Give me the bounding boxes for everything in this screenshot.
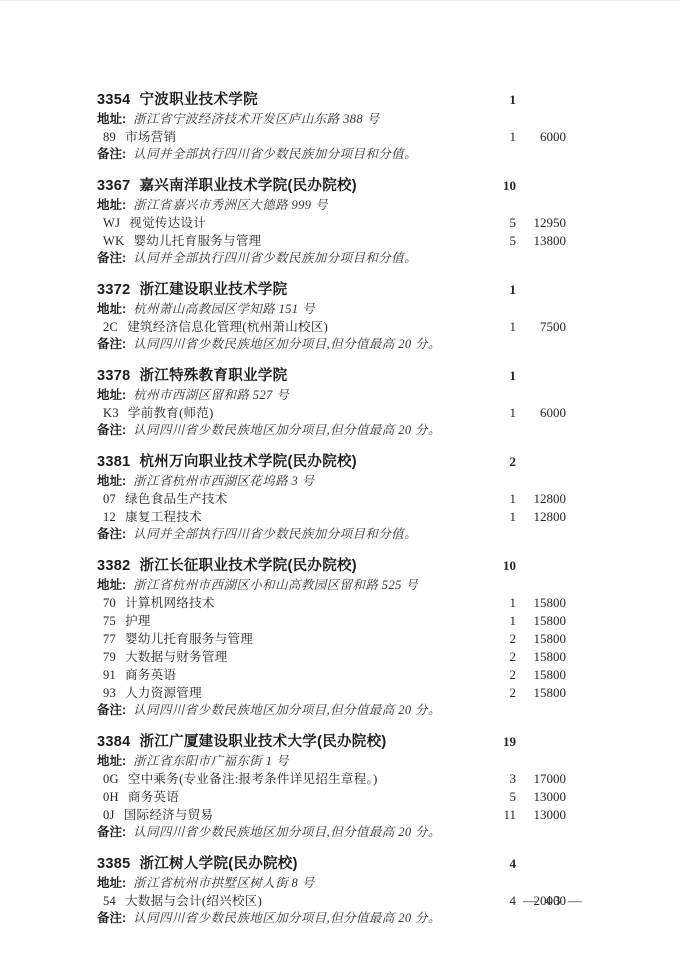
college-block: 3372浙江建设职业技术学院 1 地址:杭州萧山高教园区学知路 151 号 2C…: [97, 280, 566, 353]
major-count: 5: [470, 214, 516, 231]
address-row: 地址:杭州萧山高教园区学知路 151 号: [97, 301, 566, 318]
major-row: 0H商务英语 5 13000: [97, 788, 566, 806]
college-address: 浙江省嘉兴市秀洲区大德路 999 号: [133, 198, 328, 212]
major-code: WJ: [103, 216, 120, 230]
college-header-row: 3385浙江树人学院(民办院校) 4: [97, 854, 566, 874]
college-address: 浙江省杭州市西湖区花坞路 3 号: [133, 474, 314, 488]
major-fee: 15800: [516, 630, 566, 647]
major-row: 07绿色食品生产技术 1 12800: [97, 490, 566, 508]
address-label: 地址:: [97, 876, 126, 890]
major-count: 5: [470, 232, 516, 249]
college-remark: 认同四川省少数民族地区加分项目,但分值最高 20 分。: [133, 423, 441, 437]
major-code: 54: [103, 894, 116, 908]
major-row: 0J国际经济与贸易 11 13000: [97, 806, 566, 824]
major-title: 0H商务英语: [103, 789, 470, 806]
major-title: 0G空中乘务(专业备注:报考条件详见招生章程。): [103, 771, 470, 788]
major-name: 婴幼儿托育服务与管理: [133, 234, 261, 248]
remark-label: 备注:: [97, 147, 126, 161]
college-header-row: 3384浙江广厦建设职业技术大学(民办院校) 19: [97, 732, 566, 752]
college-total-count: 10: [470, 556, 516, 575]
major-code: 2C: [103, 320, 118, 334]
college-code: 3381: [97, 454, 130, 470]
address-label: 地址:: [97, 112, 126, 126]
major-code: 77: [103, 632, 116, 646]
major-code: 12: [103, 510, 116, 524]
college-name: 浙江长征职业技术学院(民办院校): [139, 558, 356, 574]
college-code: 3378: [97, 368, 130, 384]
major-count: 1: [470, 490, 516, 507]
remark-label: 备注:: [97, 337, 126, 351]
major-title: 79大数据与财务管理: [103, 649, 470, 666]
college-remark: 认同四川省少数民族地区加分项目,但分值最高 20 分。: [133, 703, 441, 717]
remark-row: 备注:认同四川省少数民族地区加分项目,但分值最高 20 分。: [97, 336, 566, 353]
college-block: 3354宁波职业技术学院 1 地址:浙江省宁波经济技术开发区庐山东路 388 号…: [97, 90, 566, 163]
address-label: 地址:: [97, 474, 126, 488]
major-count: 4: [470, 892, 516, 909]
address-label: 地址:: [97, 578, 126, 592]
major-name: 大数据与会计(绍兴校区): [125, 894, 262, 908]
major-code: 91: [103, 668, 116, 682]
major-name: 大数据与财务管理: [125, 650, 227, 664]
college-remark: 认同并全部执行四川省少数民族加分项目和分值。: [133, 527, 417, 541]
major-title: 89市场营销: [103, 129, 470, 146]
college-block: 3385浙江树人学院(民办院校) 4 地址:浙江省杭州市拱墅区树人街 8 号 5…: [97, 854, 566, 927]
major-code: 75: [103, 614, 116, 628]
remark-row: 备注:认同并全部执行四川省少数民族加分项目和分值。: [97, 526, 566, 543]
major-row: 91商务英语 2 15800: [97, 666, 566, 684]
address-label: 地址:: [97, 198, 126, 212]
major-row: 79大数据与财务管理 2 15800: [97, 648, 566, 666]
remark-row: 备注:认同并全部执行四川省少数民族加分项目和分值。: [97, 250, 566, 267]
remark-row: 备注:认同四川省少数民族地区加分项目,但分值最高 20 分。: [97, 824, 566, 841]
major-fee: 13000: [516, 788, 566, 805]
college-total-count: 2: [470, 452, 516, 471]
major-title: 75护理: [103, 613, 470, 630]
major-title: 07绿色食品生产技术: [103, 491, 470, 508]
major-code: 07: [103, 492, 116, 506]
major-fee: 17000: [516, 770, 566, 787]
college-name: 浙江建设职业技术学院: [139, 282, 287, 298]
college-code: 3354: [97, 92, 130, 108]
remark-row: 备注:认同四川省少数民族地区加分项目,但分值最高 20 分。: [97, 702, 566, 719]
college-total-count: 1: [470, 90, 516, 109]
college-total-count: 1: [470, 280, 516, 299]
remark-label: 备注:: [97, 251, 126, 265]
major-list: 70计算机网络技术 1 15800 75护理 1 15800 77婴幼儿托育服务…: [97, 594, 566, 702]
major-list: 89市场营销 1 6000: [97, 128, 566, 146]
page-number: — 43 —: [523, 894, 584, 910]
remark-label: 备注:: [97, 825, 126, 839]
college-block: 3367嘉兴南洋职业技术学院(民办院校) 10 地址:浙江省嘉兴市秀洲区大德路 …: [97, 176, 566, 267]
major-row: 89市场营销 1 6000: [97, 128, 566, 146]
remark-row: 备注:认同并全部执行四川省少数民族加分项目和分值。: [97, 146, 566, 163]
major-name: 空中乘务(专业备注:报考条件详见招生章程。): [128, 772, 378, 786]
major-count: 11: [470, 806, 516, 823]
college-block: 3384浙江广厦建设职业技术大学(民办院校) 19 地址:浙江省东阳市广福东街 …: [97, 732, 566, 841]
major-fee: 15800: [516, 612, 566, 629]
college-header-row: 3354宁波职业技术学院 1: [97, 90, 566, 110]
major-row: 0G空中乘务(专业备注:报考条件详见招生章程。) 3 17000: [97, 770, 566, 788]
major-list: 2C建筑经济信息化管理(杭州萧山校区) 1 7500: [97, 318, 566, 336]
college-address: 杭州市西湖区留和路 527 号: [133, 388, 289, 402]
college-remark: 认同四川省少数民族地区加分项目,但分值最高 20 分。: [133, 911, 441, 925]
major-count: 2: [470, 666, 516, 683]
major-title: 93人力资源管理: [103, 685, 470, 702]
major-code: 0G: [103, 772, 119, 786]
major-title: 77婴幼儿托育服务与管理: [103, 631, 470, 648]
college-header-row: 3378浙江特殊教育职业学院 1: [97, 366, 566, 386]
college-title: 3384浙江广厦建设职业技术大学(民办院校): [97, 733, 470, 752]
college-title: 3381杭州万向职业技术学院(民办院校): [97, 453, 470, 472]
college-address: 浙江省杭州市拱墅区树人街 8 号: [133, 876, 314, 890]
college-header-row: 3372浙江建设职业技术学院 1: [97, 280, 566, 300]
major-title: WK婴幼儿托育服务与管理: [103, 233, 470, 250]
major-fee: 6000: [516, 404, 566, 421]
major-name: 市场营销: [125, 130, 176, 144]
major-fee: 15800: [516, 648, 566, 665]
major-code: K3: [103, 406, 119, 420]
major-fee: 15800: [516, 594, 566, 611]
major-row: 12康复工程技术 1 12800: [97, 508, 566, 526]
remark-label: 备注:: [97, 527, 126, 541]
major-list: K3学前教育(师范) 1 6000: [97, 404, 566, 422]
address-row: 地址:浙江省杭州市拱墅区树人街 8 号: [97, 875, 566, 892]
college-title: 3382浙江长征职业技术学院(民办院校): [97, 557, 470, 576]
remark-label: 备注:: [97, 911, 126, 925]
college-title: 3372浙江建设职业技术学院: [97, 281, 470, 300]
college-name: 浙江特殊教育职业学院: [139, 368, 287, 384]
major-name: 婴幼儿托育服务与管理: [125, 632, 253, 646]
college-total-count: 19: [470, 732, 516, 751]
college-name: 嘉兴南洋职业技术学院(民办院校): [139, 178, 356, 194]
major-count: 1: [470, 128, 516, 145]
college-name: 浙江广厦建设职业技术大学(民办院校): [139, 734, 386, 750]
major-count: 2: [470, 684, 516, 701]
college-name: 杭州万向职业技术学院(民办院校): [139, 454, 356, 470]
major-code: WK: [103, 234, 124, 248]
college-address: 杭州萧山高教园区学知路 151 号: [133, 302, 315, 316]
college-remark: 认同并全部执行四川省少数民族加分项目和分值。: [133, 147, 417, 161]
major-title: 70计算机网络技术: [103, 595, 470, 612]
address-row: 地址:浙江省杭州市西湖区花坞路 3 号: [97, 473, 566, 490]
major-count: 1: [470, 404, 516, 421]
major-count: 3: [470, 770, 516, 787]
major-title: 91商务英语: [103, 667, 470, 684]
major-count: 2: [470, 630, 516, 647]
major-count: 5: [470, 788, 516, 805]
college-header-row: 3382浙江长征职业技术学院(民办院校) 10: [97, 556, 566, 576]
major-title: 12康复工程技术: [103, 509, 470, 526]
major-title: 2C建筑经济信息化管理(杭州萧山校区): [103, 319, 470, 336]
address-row: 地址:浙江省宁波经济技术开发区庐山东路 388 号: [97, 111, 566, 128]
major-fee: 12800: [516, 508, 566, 525]
college-name: 浙江树人学院(民办院校): [139, 856, 297, 872]
major-code: 89: [103, 130, 116, 144]
major-code: 93: [103, 686, 116, 700]
college-title: 3385浙江树人学院(民办院校): [97, 855, 470, 874]
major-row: 54大数据与会计(绍兴校区) 4 20000: [97, 892, 566, 910]
college-address: 浙江省杭州市西湖区小和山高教园区留和路 525 号: [133, 578, 418, 592]
major-fee: 6000: [516, 128, 566, 145]
college-code: 3385: [97, 856, 130, 872]
remark-row: 备注:认同四川省少数民族地区加分项目,但分值最高 20 分。: [97, 910, 566, 927]
major-row: 70计算机网络技术 1 15800: [97, 594, 566, 612]
college-remark: 认同并全部执行四川省少数民族加分项目和分值。: [133, 251, 417, 265]
college-block: 3382浙江长征职业技术学院(民办院校) 10 地址:浙江省杭州市西湖区小和山高…: [97, 556, 566, 719]
college-title: 3378浙江特殊教育职业学院: [97, 367, 470, 386]
college-address: 浙江省宁波经济技术开发区庐山东路 388 号: [133, 112, 379, 126]
major-count: 2: [470, 648, 516, 665]
major-count: 1: [470, 612, 516, 629]
major-row: 77婴幼儿托育服务与管理 2 15800: [97, 630, 566, 648]
major-fee: 13800: [516, 232, 566, 249]
major-title: WJ视觉传达设计: [103, 215, 470, 232]
college-title: 3354宁波职业技术学院: [97, 91, 470, 110]
major-title: K3学前教育(师范): [103, 405, 470, 422]
college-code: 3372: [97, 282, 130, 298]
college-total-count: 10: [470, 176, 516, 195]
college-header-row: 3381杭州万向职业技术学院(民办院校) 2: [97, 452, 566, 472]
major-name: 学前教育(师范): [128, 406, 214, 420]
address-row: 地址:浙江省杭州市西湖区小和山高教园区留和路 525 号: [97, 577, 566, 594]
major-name: 绿色食品生产技术: [125, 492, 227, 506]
major-row: 93人力资源管理 2 15800: [97, 684, 566, 702]
major-code: 79: [103, 650, 116, 664]
major-name: 人力资源管理: [125, 686, 202, 700]
college-list: 3354宁波职业技术学院 1 地址:浙江省宁波经济技术开发区庐山东路 388 号…: [97, 90, 566, 940]
major-row: WJ视觉传达设计 5 12950: [97, 214, 566, 232]
document-page: { "labels": { "address": "地址:", "remark"…: [0, 0, 680, 961]
college-code: 3367: [97, 178, 130, 194]
major-row: WK婴幼儿托育服务与管理 5 13800: [97, 232, 566, 250]
major-fee: 12800: [516, 490, 566, 507]
major-list: 0G空中乘务(专业备注:报考条件详见招生章程。) 3 17000 0H商务英语 …: [97, 770, 566, 824]
major-fee: 13000: [516, 806, 566, 823]
remark-label: 备注:: [97, 703, 126, 717]
address-row: 地址:杭州市西湖区留和路 527 号: [97, 387, 566, 404]
remark-label: 备注:: [97, 423, 126, 437]
major-name: 国际经济与贸易: [124, 808, 214, 822]
major-name: 护理: [125, 614, 151, 628]
major-code: 0H: [103, 790, 119, 804]
address-label: 地址:: [97, 754, 126, 768]
college-total-count: 1: [470, 366, 516, 385]
college-address: 浙江省东阳市广福东街 1 号: [133, 754, 289, 768]
major-name: 商务英语: [125, 668, 176, 682]
major-count: 1: [470, 318, 516, 335]
major-row: K3学前教育(师范) 1 6000: [97, 404, 566, 422]
major-count: 1: [470, 508, 516, 525]
major-name: 康复工程技术: [125, 510, 202, 524]
major-name: 计算机网络技术: [125, 596, 215, 610]
major-name: 视觉传达设计: [129, 216, 206, 230]
major-name: 建筑经济信息化管理(杭州萧山校区): [127, 320, 328, 334]
major-row: 2C建筑经济信息化管理(杭州萧山校区) 1 7500: [97, 318, 566, 336]
major-fee: 15800: [516, 666, 566, 683]
major-list: WJ视觉传达设计 5 12950 WK婴幼儿托育服务与管理 5 13800: [97, 214, 566, 250]
college-header-row: 3367嘉兴南洋职业技术学院(民办院校) 10: [97, 176, 566, 196]
major-name: 商务英语: [128, 790, 179, 804]
college-title: 3367嘉兴南洋职业技术学院(民办院校): [97, 177, 470, 196]
college-name: 宁波职业技术学院: [139, 92, 257, 108]
major-fee: 7500: [516, 318, 566, 335]
college-code: 3382: [97, 558, 130, 574]
address-row: 地址:浙江省嘉兴市秀洲区大德路 999 号: [97, 197, 566, 214]
college-remark: 认同四川省少数民族地区加分项目,但分值最高 20 分。: [133, 337, 441, 351]
major-list: 54大数据与会计(绍兴校区) 4 20000: [97, 892, 566, 910]
college-total-count: 4: [470, 854, 516, 873]
major-code: 70: [103, 596, 116, 610]
major-list: 07绿色食品生产技术 1 12800 12康复工程技术 1 12800: [97, 490, 566, 526]
major-title: 54大数据与会计(绍兴校区): [103, 893, 470, 910]
major-code: 0J: [103, 808, 115, 822]
college-block: 3381杭州万向职业技术学院(民办院校) 2 地址:浙江省杭州市西湖区花坞路 3…: [97, 452, 566, 543]
major-fee: 12950: [516, 214, 566, 231]
college-code: 3384: [97, 734, 130, 750]
major-count: 1: [470, 594, 516, 611]
college-remark: 认同四川省少数民族地区加分项目,但分值最高 20 分。: [133, 825, 441, 839]
college-block: 3378浙江特殊教育职业学院 1 地址:杭州市西湖区留和路 527 号 K3学前…: [97, 366, 566, 439]
address-label: 地址:: [97, 388, 126, 402]
remark-row: 备注:认同四川省少数民族地区加分项目,但分值最高 20 分。: [97, 422, 566, 439]
address-label: 地址:: [97, 302, 126, 316]
major-fee: 15800: [516, 684, 566, 701]
major-title: 0J国际经济与贸易: [103, 807, 470, 824]
address-row: 地址:浙江省东阳市广福东街 1 号: [97, 753, 566, 770]
major-row: 75护理 1 15800: [97, 612, 566, 630]
